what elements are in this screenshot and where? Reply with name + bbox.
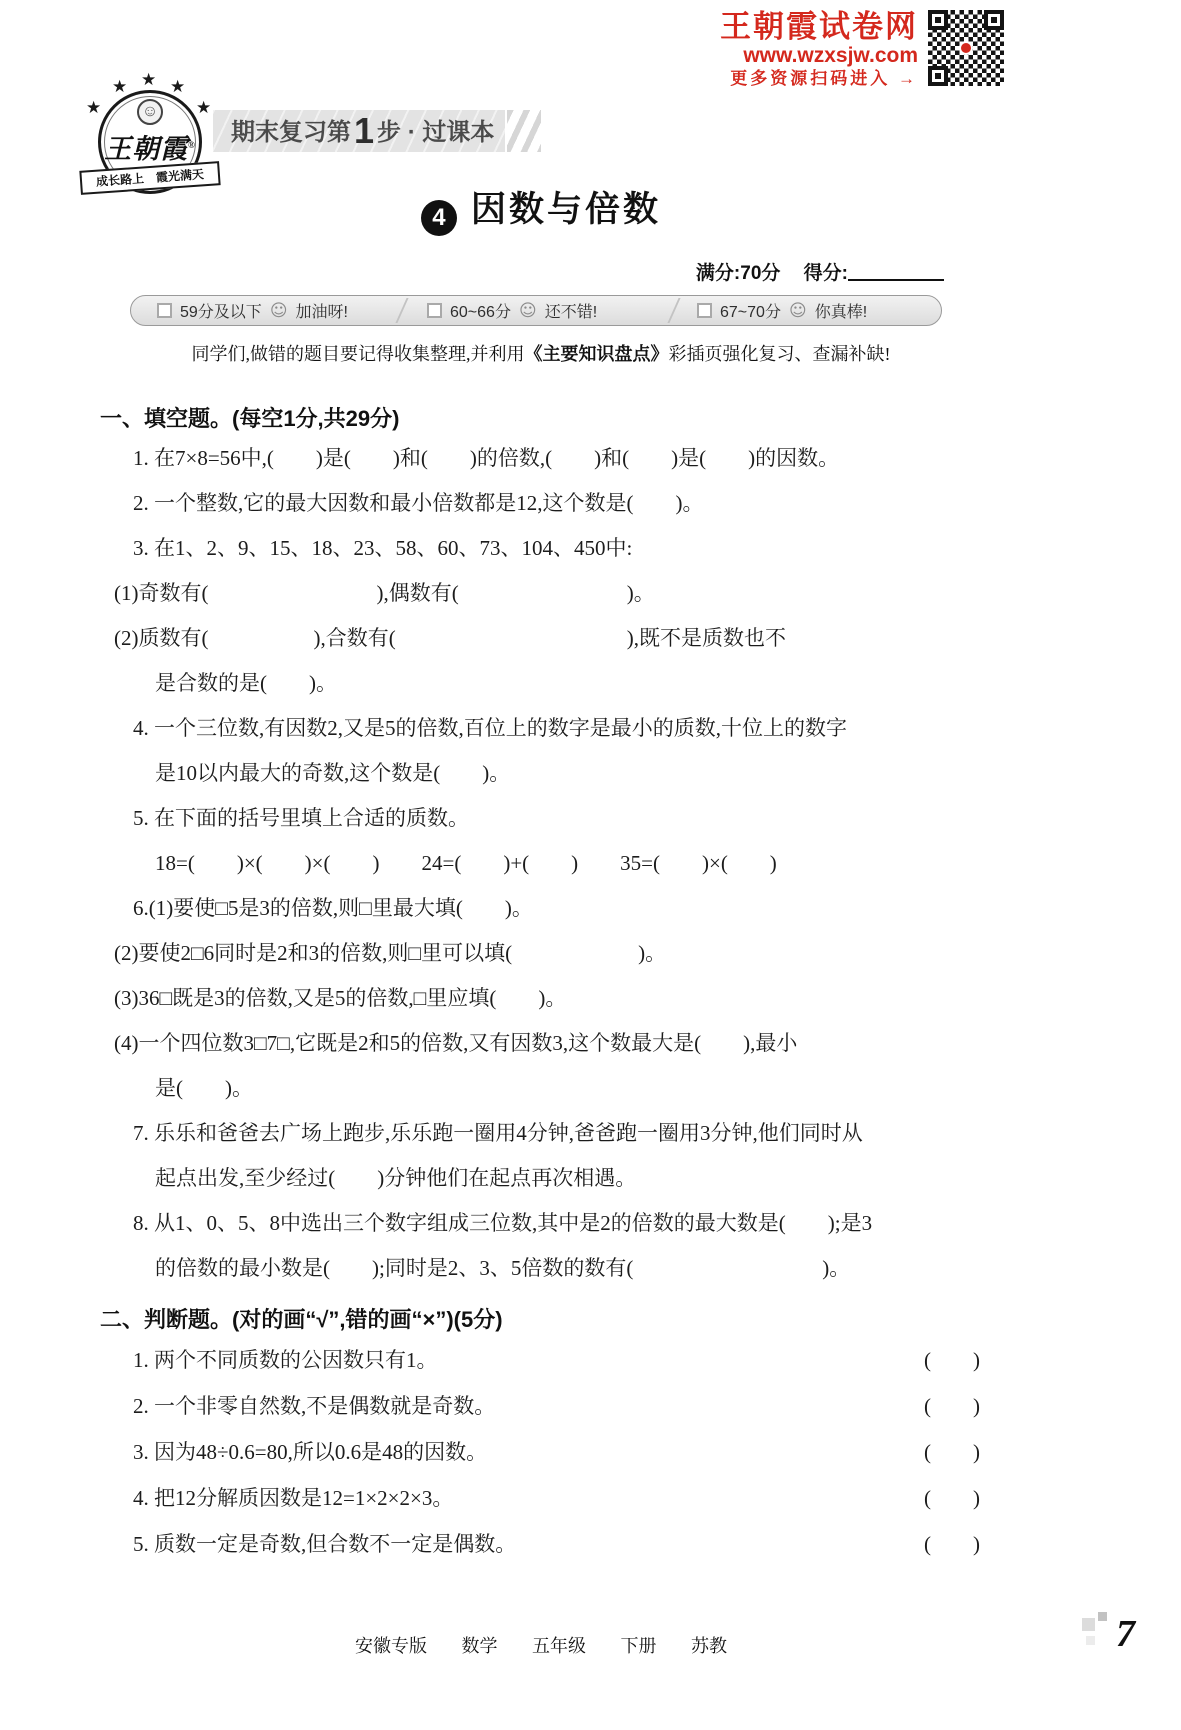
- star-icon: ★: [86, 98, 101, 118]
- score-label: 得分:: [804, 263, 848, 284]
- footer-volume: 下册: [621, 1636, 657, 1656]
- question-line: 5. 在下面的括号里填上合适的质数。: [100, 796, 982, 841]
- main-content: 4因数与倍数 满分:70分 得分: 59分及以下 ☺ 加油呀! 60~66分 ☺…: [100, 182, 982, 1567]
- question-line: 2. 一个整数,它的最大因数和最小倍数都是12,这个数是( )。: [100, 481, 982, 526]
- qr-finder-icon: [928, 10, 948, 30]
- smiley-face-icon: ☺: [519, 301, 537, 321]
- brand-tagline: 更多资源扫码进入 →: [560, 68, 918, 90]
- footer-grade: 五年级: [532, 1636, 586, 1656]
- judgment-row: 1. 两个不同质数的公因数只有1。 ( ): [100, 1337, 982, 1383]
- star-icon: ★: [112, 77, 127, 97]
- trademark-icon: ®: [188, 140, 196, 150]
- band-suffix: 步 · 过课本: [377, 119, 494, 146]
- judgment-text: 5. 质数一定是奇数,但合数不一定是偶数。: [133, 1521, 924, 1567]
- smiley-face-icon: ☺: [270, 301, 288, 321]
- section2-heading: 二、判断题。(对的画“√”,错的画“×”)(5分): [100, 1303, 982, 1337]
- qr-center-emblem-icon: [959, 41, 973, 55]
- judgment-answer-slot[interactable]: ( ): [924, 1521, 982, 1567]
- judgment-row: 5. 质数一定是奇数,但合数不一定是偶数。 ( ): [100, 1521, 982, 1567]
- question-line: 是合数的是( )。: [100, 661, 982, 706]
- notice-post: 彩插页强化复习、查漏补缺!: [669, 344, 891, 364]
- question-line: (4)一个四位数3□7□,它既是2和5的倍数,又有因数3,这个数最大是( ),最…: [100, 1021, 982, 1066]
- brand-site-url: www.wzxsjw.com: [560, 44, 918, 68]
- question-line: 18=( )×( )×( ) 24=( )+( ) 35=( )×( ): [100, 841, 982, 886]
- notice-line: 同学们,做错的题目要记得收集整理,并利用《主要知识盘点》彩插页强化复习、查漏补缺…: [100, 340, 982, 366]
- judgment-answer-slot[interactable]: ( ): [924, 1337, 982, 1383]
- page-title: 4因数与倍数: [100, 182, 982, 236]
- question-line: 是( )。: [100, 1066, 982, 1111]
- question-line: (2)要使2□6同时是2和3的倍数,则□里可以填( )。: [100, 931, 982, 976]
- question-line: (1)奇数有( ),偶数有( )。: [100, 571, 982, 616]
- portrait-icon: ☺: [137, 99, 163, 125]
- star-icon: ★: [170, 77, 185, 97]
- score-range-label: 67~70分: [720, 299, 781, 322]
- page-number: 7: [1116, 1612, 1135, 1656]
- score-checkbox[interactable]: [157, 303, 172, 318]
- question-line: 1. 在7×8=56中,( )是( )和( )的倍数,( )和( )是( )的因…: [100, 436, 982, 481]
- notice-book-title: 《主要知识盘点》: [525, 344, 669, 364]
- score-range-label: 60~66分: [450, 299, 511, 322]
- judgment-text: 4. 把12分解质因数是12=1×2×2×3。: [133, 1475, 924, 1521]
- judgment-answer-slot[interactable]: ( ): [924, 1429, 982, 1475]
- footer-edition: 安徽专版: [355, 1636, 427, 1656]
- unit-number-badge: 4: [421, 200, 457, 236]
- praise-label: 加油呀!: [296, 299, 348, 322]
- score-row: 满分:70分 得分:: [100, 258, 982, 285]
- score-range-label: 59分及以下: [180, 299, 262, 322]
- question-line: (3)36□既是3的倍数,又是5的倍数,□里应填( )。: [100, 976, 982, 1021]
- footer-publisher: 苏教: [691, 1636, 727, 1656]
- judgment-row: 2. 一个非零自然数,不是偶数就是奇数。 ( ): [100, 1383, 982, 1429]
- logo-name: 王朝霞®: [101, 127, 199, 166]
- band-prefix: 期末复习第: [231, 119, 351, 146]
- notice-pre: 同学们,做错的题目要记得收集整理,并利用: [192, 344, 525, 364]
- qr-finder-icon: [928, 66, 948, 86]
- score-blank-line[interactable]: [848, 263, 944, 281]
- question-line: 3. 在1、2、9、15、18、23、58、60、73、104、450中:: [100, 526, 982, 571]
- praise-label: 你真棒!: [815, 299, 867, 322]
- judgment-answer-slot[interactable]: ( ): [924, 1383, 982, 1429]
- brand-block: 王朝霞试卷网 www.wzxsjw.com 更多资源扫码进入 →: [560, 10, 918, 90]
- page-number-decoration: [1082, 1618, 1095, 1631]
- worksheet-page: 王朝霞试卷网 www.wzxsjw.com 更多资源扫码进入 → ★ ★ ★ ★…: [0, 0, 1181, 1730]
- score-band-segment: 60~66分 ☺ 还不错!: [401, 299, 671, 322]
- score-checkbox[interactable]: [427, 303, 442, 318]
- judgment-text: 1. 两个不同质数的公因数只有1。: [133, 1337, 924, 1383]
- qr-code: [928, 10, 1004, 86]
- qr-finder-icon: [984, 10, 1004, 30]
- header-band: 期末复习第1步 · 过课本: [213, 110, 505, 152]
- judgment-text: 2. 一个非零自然数,不是偶数就是奇数。: [133, 1383, 924, 1429]
- question-line: 起点出发,至少经过( )分钟他们在起点再次相遇。: [100, 1156, 982, 1201]
- band-stripes-decoration: [507, 110, 541, 152]
- footer-line: 安徽专版 数学 五年级 下册 苏教: [100, 1632, 982, 1658]
- praise-label: 还不错!: [545, 299, 597, 322]
- section1-heading: 一、填空题。(每空1分,共29分): [100, 402, 982, 436]
- star-icon: ★: [196, 98, 211, 118]
- score-range-band: 59分及以下 ☺ 加油呀! 60~66分 ☺ 还不错! 67~70分 ☺ 你真棒…: [130, 295, 942, 326]
- question-line: 4. 一个三位数,有因数2,又是5的倍数,百位上的数字是最小的质数,十位上的数字: [100, 706, 982, 751]
- footer-subject: 数学: [462, 1636, 498, 1656]
- band-step-number: 1: [351, 110, 377, 151]
- score-band-segment: 59分及以下 ☺ 加油呀!: [131, 299, 401, 322]
- unit-title-text: 因数与倍数: [471, 190, 661, 229]
- question-line: 6.(1)要使□5是3的倍数,则□里最大填( )。: [100, 886, 982, 931]
- judgment-text: 3. 因为48÷0.6=80,所以0.6是48的因数。: [133, 1429, 924, 1475]
- question-line: 8. 从1、0、5、8中选出三个数字组成三位数,其中是2的倍数的最大数是( );…: [100, 1201, 982, 1246]
- score-checkbox[interactable]: [697, 303, 712, 318]
- judgment-row: 4. 把12分解质因数是12=1×2×2×3。 ( ): [100, 1475, 982, 1521]
- judgment-answer-slot[interactable]: ( ): [924, 1475, 982, 1521]
- score-band-segment: 67~70分 ☺ 你真棒!: [671, 299, 941, 322]
- brand-logo: ★ ★ ★ ★ ★ ☺ 王朝霞® 成长路上 霞光满天: [82, 68, 218, 198]
- smiley-face-icon: ☺: [789, 301, 807, 321]
- full-score-label: 满分:70分: [696, 263, 780, 284]
- page-number-block: 7: [1082, 1612, 1162, 1672]
- brand-site-name: 王朝霞试卷网: [560, 10, 918, 44]
- page-number-decoration: [1098, 1612, 1107, 1621]
- judgment-row: 3. 因为48÷0.6=80,所以0.6是48的因数。 ( ): [100, 1429, 982, 1475]
- question-line: 是10以内最大的奇数,这个数是( )。: [100, 751, 982, 796]
- question-line: (2)质数有( ),合数有( ),既不是质数也不: [100, 616, 982, 661]
- question-line: 7. 乐乐和爸爸去广场上跑步,乐乐跑一圈用4分钟,爸爸跑一圈用3分钟,他们同时从: [100, 1111, 982, 1156]
- question-line: 的倍数的最小数是( );同时是2、3、5倍数的数有( )。: [100, 1246, 982, 1291]
- page-number-decoration: [1086, 1636, 1095, 1645]
- star-icon: ★: [141, 70, 156, 90]
